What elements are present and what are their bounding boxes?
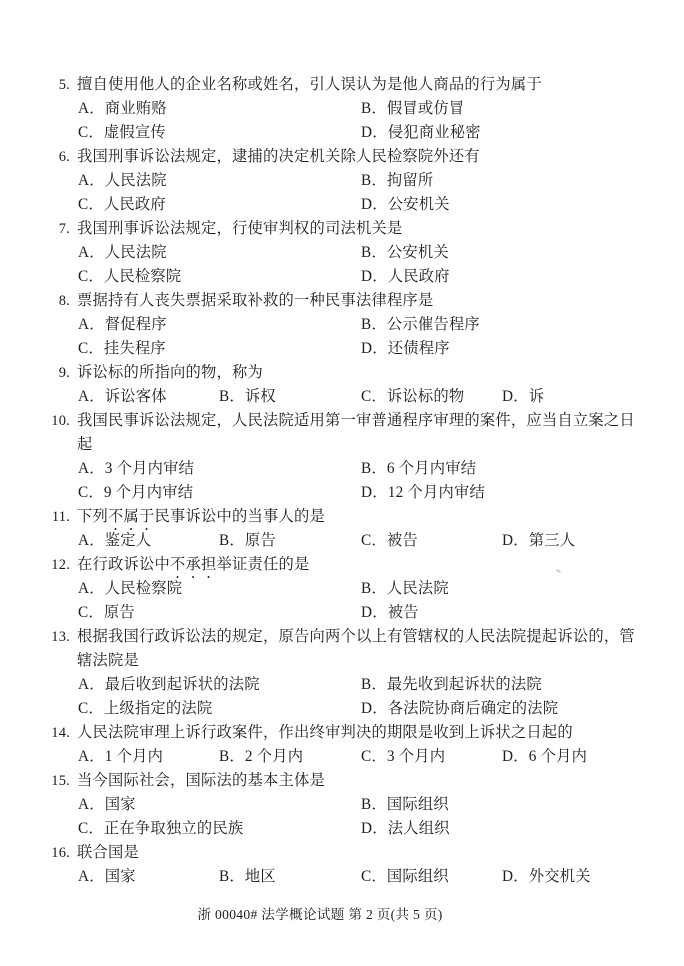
option-a: A．督促程序 xyxy=(78,313,361,337)
option-c: C．诉讼标的物 xyxy=(361,385,502,409)
question-12: 12.在行政诉讼中不承担举证责任的是 A．人民检察院B．人民法院 C．原告D．被… xyxy=(40,553,648,625)
question-7: 7.我国刑事诉讼法规定，行使审判权的司法机关是 A．人民法院B．公安机关 C．人… xyxy=(40,217,648,289)
question-stem: 13.根据我国行政诉讼法的规定，原告向两个以上有管辖权的人民法院提起诉讼的，管 xyxy=(40,625,648,649)
question-stem: 15.当今国际社会，国际法的基本主体是 xyxy=(40,769,648,793)
option-a: A．鉴定人 xyxy=(78,529,219,553)
option-d: D．公安机关 xyxy=(361,193,648,217)
option-b: B．国际组织 xyxy=(361,793,648,817)
question-list: 5.擅自使用他人的企业名称或姓名，引人误认为是他人商品的行为属于 A．商业贿赂B… xyxy=(0,0,684,925)
options-row: C．挂失程序D．还债程序 xyxy=(40,337,648,361)
option-d: D．6 个月内 xyxy=(502,745,648,769)
option-d: D．各法院协商后确定的法院 xyxy=(361,697,648,721)
question-number: 5. xyxy=(40,73,70,97)
question-number: 13. xyxy=(40,625,70,649)
option-c: C．人民检察院 xyxy=(78,265,361,289)
option-c: C．原告 xyxy=(78,601,361,625)
stem-continuation: 辖法院是 xyxy=(40,649,648,673)
option-b: B．公安机关 xyxy=(361,241,648,265)
question-stem: 16.联合国是 xyxy=(40,841,648,865)
stem-text: 我国刑事诉讼法规定，行使审判权的司法机关是 xyxy=(77,220,402,237)
question-stem: 5.擅自使用他人的企业名称或姓名，引人误认为是他人商品的行为属于 xyxy=(40,73,648,97)
page-footer: 浙 00040# 法学概论试题 第 2 页(共 5 页) xyxy=(40,905,648,925)
question-number: 12. xyxy=(40,553,70,577)
option-d: D．诉 xyxy=(502,385,648,409)
question-8: 8.票据持有人丧失票据采取补救的一种民事法律程序是 A．督促程序B．公示催告程序… xyxy=(40,289,648,361)
question-14: 14.人民法院审理上诉行政案件，作出终审判决的期限是收到上诉状之日起的 A．1 … xyxy=(40,721,648,769)
question-9: 9.诉讼标的所指向的物，称为 A．诉讼客体B．诉权C．诉讼标的物D．诉 xyxy=(40,361,648,409)
option-b: B．2 个月内 xyxy=(219,745,361,769)
options-row: A．人民法院B．公安机关 xyxy=(40,241,648,265)
options-row: A．最后收到起诉状的法院B．最先收到起诉状的法院 xyxy=(40,673,648,697)
stem-text: 举证责任的是 xyxy=(216,556,309,573)
option-b: B．6 个月内审结 xyxy=(361,457,648,481)
options-row: A．1 个月内B．2 个月内C．3 个月内D．6 个月内 xyxy=(40,745,648,769)
option-a: A．诉讼客体 xyxy=(78,385,219,409)
option-b: B．拘留所 xyxy=(361,169,648,193)
option-b: B．人民法院 xyxy=(361,577,648,601)
question-number: 7. xyxy=(40,217,70,241)
question-stem: 11.下列不属于民事诉讼中的当事人的是 xyxy=(40,505,648,529)
option-b: B．假冒或仿冒 xyxy=(361,97,648,121)
option-c: C．人民政府 xyxy=(78,193,361,217)
option-d: D．侵犯商业秘密 xyxy=(361,121,648,145)
question-number: 11. xyxy=(40,505,70,529)
options-row: A．鉴定人B．原告C．被告D．第三人 xyxy=(40,529,648,553)
option-d: D．12 个月内审结 xyxy=(361,481,648,505)
question-number: 9. xyxy=(40,361,70,385)
option-c: C．挂失程序 xyxy=(78,337,361,361)
option-c: C．国际组织 xyxy=(361,865,502,889)
exam-page: 5.擅自使用他人的企业名称或姓名，引人误认为是他人商品的行为属于 A．商业贿赂B… xyxy=(0,0,684,966)
option-c: C．9 个月内审结 xyxy=(78,481,361,505)
question-10: 10.我国民事诉讼法规定，人民法院适用第一审普通程序审理的案件，应当自立案之日 … xyxy=(40,409,648,505)
stem-continuation: 起 xyxy=(40,433,648,457)
option-c: C．3 个月内 xyxy=(361,745,502,769)
option-a: A．人民检察院 xyxy=(78,577,361,601)
stem-text: 擅自使用他人的企业名称或姓名，引人误认为是他人商品的行为属于 xyxy=(77,76,542,93)
question-5: 5.擅自使用他人的企业名称或姓名，引人误认为是他人商品的行为属于 A．商业贿赂B… xyxy=(40,73,648,145)
option-d: D．人民政府 xyxy=(361,265,648,289)
question-stem: 12.在行政诉讼中不承担举证责任的是 xyxy=(40,553,648,577)
option-c: C．上级指定的法院 xyxy=(78,697,361,721)
stem-text: 票据持有人丧失票据采取补救的一种民事法律程序是 xyxy=(77,292,433,309)
stem-text: 联合国是 xyxy=(77,844,139,861)
stem-text: 人民法院审理上诉行政案件，作出终审判决的期限是收到上诉状之日起的 xyxy=(77,724,573,741)
question-number: 16. xyxy=(40,841,70,865)
option-a: A．最后收到起诉状的法院 xyxy=(78,673,361,697)
question-stem: 8.票据持有人丧失票据采取补救的一种民事法律程序是 xyxy=(40,289,648,313)
options-row: C．人民政府D．公安机关 xyxy=(40,193,648,217)
options-row: A．3 个月内审结B．6 个月内审结 xyxy=(40,457,648,481)
stem-text: 在行政诉讼中 xyxy=(77,556,170,573)
option-c: C．虚假宣传 xyxy=(78,121,361,145)
options-row: C．9 个月内审结D．12 个月内审结 xyxy=(40,481,648,505)
option-d: D．外交机关 xyxy=(502,865,648,889)
stem-text: 我国民事诉讼法规定，人民法院适用第一审普通程序审理的案件，应当自立案之日 xyxy=(77,412,635,429)
option-c: C．被告 xyxy=(361,529,502,553)
options-row: A．诉讼客体B．诉权C．诉讼标的物D．诉 xyxy=(40,385,648,409)
question-stem: 9.诉讼标的所指向的物，称为 xyxy=(40,361,648,385)
options-row: C．原告D．被告 xyxy=(40,601,648,625)
options-row: C．人民检察院D．人民政府 xyxy=(40,265,648,289)
question-number: 10. xyxy=(40,409,70,433)
options-row: C．虚假宣传D．侵犯商业秘密 xyxy=(40,121,648,145)
question-stem: 14.人民法院审理上诉行政案件，作出终审判决的期限是收到上诉状之日起的 xyxy=(40,721,648,745)
option-a: A．商业贿赂 xyxy=(78,97,361,121)
question-number: 15. xyxy=(40,769,70,793)
option-d: D．第三人 xyxy=(502,529,648,553)
options-row: A．人民检察院B．人民法院 xyxy=(40,577,648,601)
option-b: B．原告 xyxy=(219,529,361,553)
options-row: A．国家B．国际组织 xyxy=(40,793,648,817)
question-stem: 6.我国刑事诉讼法规定，逮捕的决定机关除人民检察院外还有 xyxy=(40,145,648,169)
options-row: C．上级指定的法院D．各法院协商后确定的法院 xyxy=(40,697,648,721)
option-d: D．被告 xyxy=(361,601,648,625)
option-b: B．最先收到起诉状的法院 xyxy=(361,673,648,697)
question-stem: 7.我国刑事诉讼法规定，行使审判权的司法机关是 xyxy=(40,217,648,241)
stem-text: 根据我国行政诉讼法的规定，原告向两个以上有管辖权的人民法院提起诉讼的，管 xyxy=(77,628,635,645)
stem-emphasis: 不属于 xyxy=(108,508,155,525)
stem-text: 当今国际社会，国际法的基本主体是 xyxy=(77,772,325,789)
question-number: 14. xyxy=(40,721,70,745)
option-a: A．3 个月内审结 xyxy=(78,457,361,481)
question-stem: 10.我国民事诉讼法规定，人民法院适用第一审普通程序审理的案件，应当自立案之日 xyxy=(40,409,648,433)
stem-text: 我国刑事诉讼法规定，逮捕的决定机关除人民检察院外还有 xyxy=(77,148,480,165)
stem-text: 民事诉讼中的当事人的是 xyxy=(155,508,325,525)
question-13: 13.根据我国行政诉讼法的规定，原告向两个以上有管辖权的人民法院提起诉讼的，管 … xyxy=(40,625,648,721)
options-row: A．督促程序B．公示催告程序 xyxy=(40,313,648,337)
option-a: A．国家 xyxy=(78,865,219,889)
option-d: D．法人组织 xyxy=(361,817,648,841)
option-a: A．人民法院 xyxy=(78,241,361,265)
stem-emphasis: 不承担 xyxy=(170,556,217,573)
question-16: 16.联合国是 A．国家B．地区C．国际组织D．外交机关 xyxy=(40,841,648,889)
options-row: A．人民法院B．拘留所 xyxy=(40,169,648,193)
options-row: C．正在争取独立的民族D．法人组织 xyxy=(40,817,648,841)
question-6: 6.我国刑事诉讼法规定，逮捕的决定机关除人民检察院外还有 A．人民法院B．拘留所… xyxy=(40,145,648,217)
question-number: 8. xyxy=(40,289,70,313)
option-a: A．1 个月内 xyxy=(78,745,219,769)
option-a: A．国家 xyxy=(78,793,361,817)
question-11: 11.下列不属于民事诉讼中的当事人的是 A．鉴定人B．原告C．被告D．第三人 xyxy=(40,505,648,553)
option-c: C．正在争取独立的民族 xyxy=(78,817,361,841)
option-b: B．公示催告程序 xyxy=(361,313,648,337)
question-number: 6. xyxy=(40,145,70,169)
options-row: A．商业贿赂B．假冒或仿冒 xyxy=(40,97,648,121)
option-b: B．诉权 xyxy=(219,385,361,409)
option-d: D．还债程序 xyxy=(361,337,648,361)
options-row: A．国家B．地区C．国际组织D．外交机关 xyxy=(40,865,648,889)
stem-text: 下列 xyxy=(77,508,108,525)
option-b: B．地区 xyxy=(219,865,361,889)
question-15: 15.当今国际社会，国际法的基本主体是 A．国家B．国际组织 C．正在争取独立的… xyxy=(40,769,648,841)
option-a: A．人民法院 xyxy=(78,169,361,193)
stem-text: 诉讼标的所指向的物，称为 xyxy=(77,364,263,381)
